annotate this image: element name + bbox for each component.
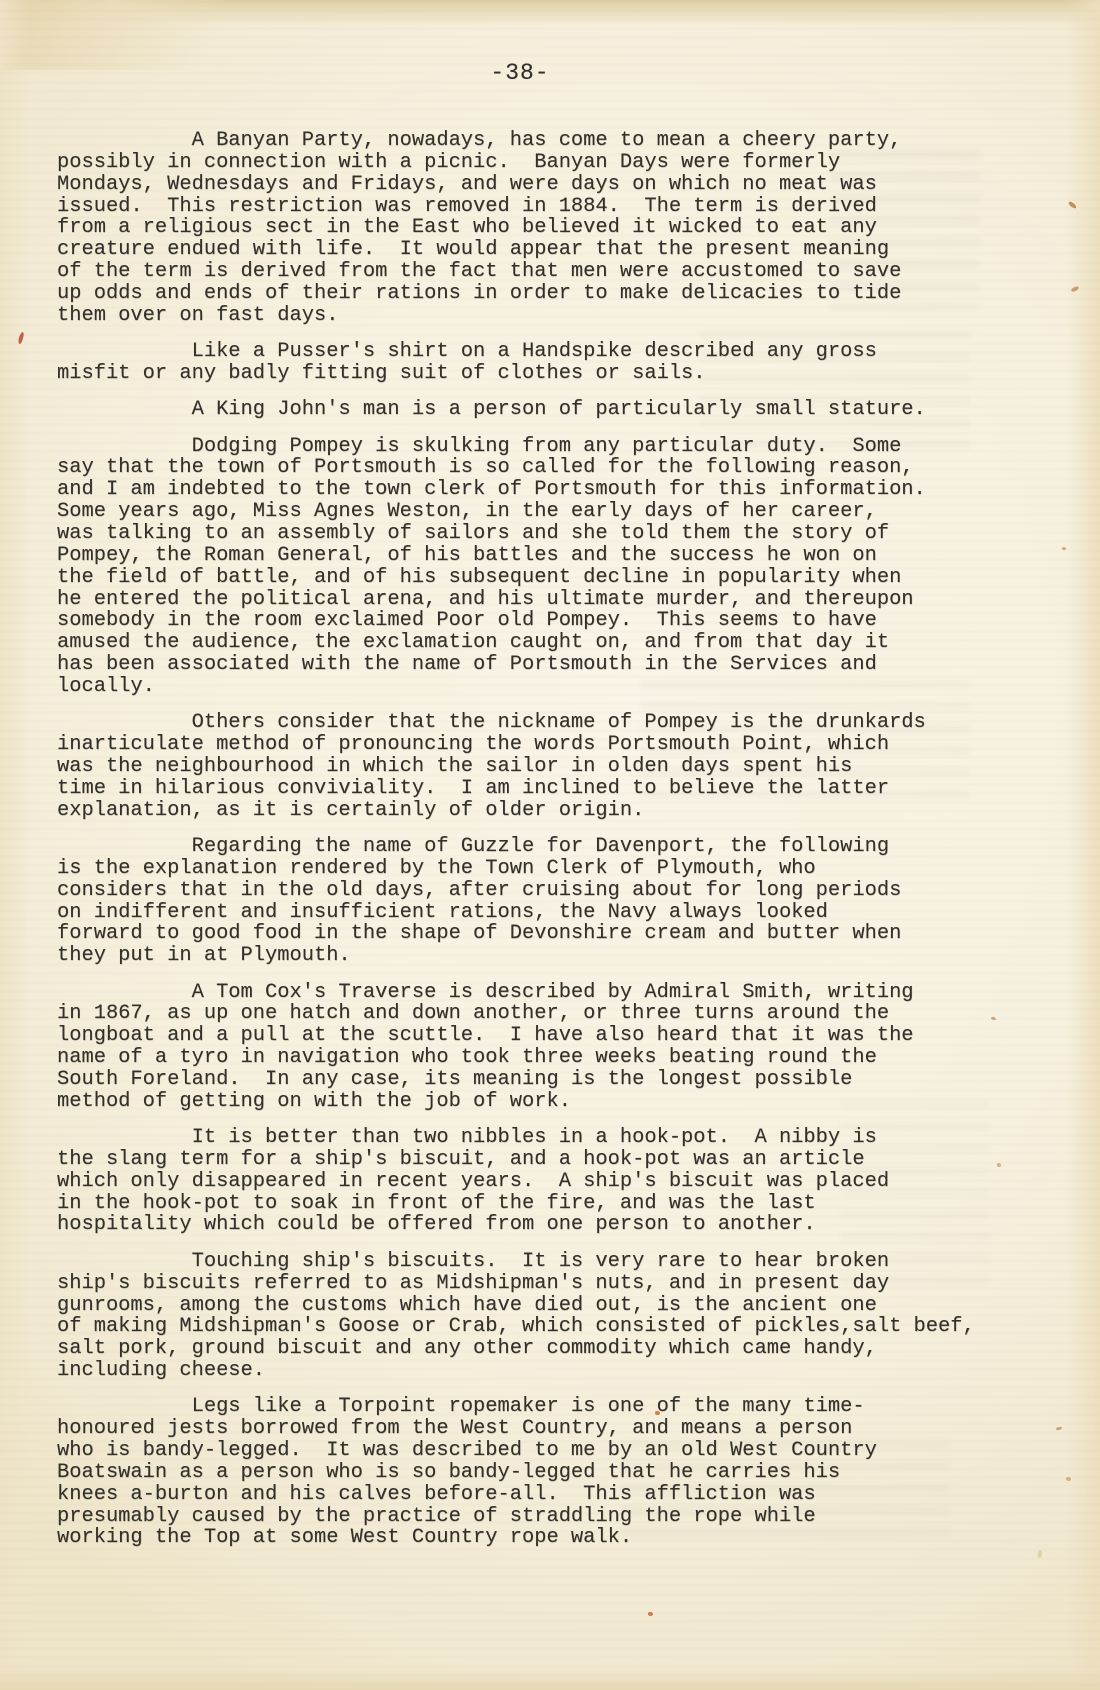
paragraph: Others consider that the nickname of Pom…: [57, 712, 1042, 821]
ink-fleck: [648, 1612, 653, 1616]
paper-top-edge-shading: [0, 0, 1100, 26]
red-pen-mark: [18, 332, 25, 345]
paragraph: Regarding the name of Guzzle for Davenpo…: [57, 836, 1042, 967]
scanned-document-page: { "page": { "number": "-38-" }, "colors"…: [0, 0, 1100, 1690]
rust-speck: [1068, 201, 1078, 210]
rust-speck: [1066, 1477, 1071, 1481]
paragraph: Touching ship's biscuits. It is very rar…: [57, 1251, 1042, 1382]
paper-top-left-corner-shading: [0, 0, 300, 70]
paper-right-edge-shading: [1066, 0, 1100, 1690]
paper-bottom-edge-shading: [0, 1668, 1100, 1690]
page-number: -38-: [455, 60, 585, 86]
paragraph: A Tom Cox's Traverse is described by Adm…: [57, 982, 1042, 1113]
paragraph: Dodging Pompey is skulking from any part…: [57, 436, 1042, 698]
paragraph: Like a Pusser's shirt on a Handspike des…: [57, 341, 1042, 385]
rust-speck: [1071, 285, 1080, 292]
rust-speck: [1062, 547, 1066, 550]
rust-speck: [1056, 1426, 1063, 1430]
paper-left-edge-shading: [0, 0, 30, 1690]
paragraph: A Banyan Party, nowadays, has come to me…: [57, 130, 1042, 327]
paragraph: Legs like a Torpoint ropemaker is one of…: [57, 1396, 1042, 1549]
paragraph: It is better than two nibbles in a hook-…: [57, 1127, 1042, 1236]
paragraph: A King John's man is a person of particu…: [57, 399, 1042, 421]
document-body: A Banyan Party, nowadays, has come to me…: [57, 130, 1042, 1564]
